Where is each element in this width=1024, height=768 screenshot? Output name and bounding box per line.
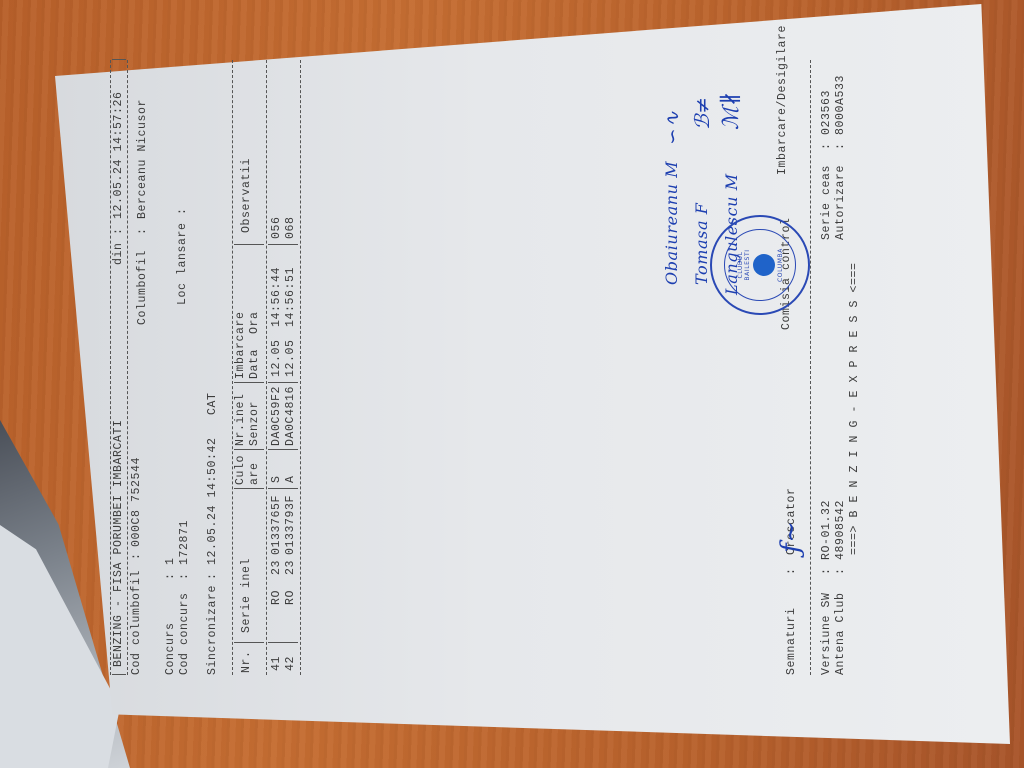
header-bottom-border <box>127 60 128 675</box>
sincronizare-label: Sincronizare <box>206 585 220 675</box>
stamp-text: CLUBUL <box>737 251 744 278</box>
col-divider <box>268 382 298 383</box>
crescator-signature: ƒ~ <box>778 520 804 553</box>
imbarcare-desigilare-label: Imbarcare/Desigilare <box>776 25 790 175</box>
col-divider <box>234 642 264 643</box>
row-serie: 0133793F <box>284 495 298 555</box>
din-value: 12.05.24 14:57:26 <box>112 91 126 219</box>
stamp-text: COLUMBA <box>777 248 784 282</box>
row-culoare: A <box>284 475 298 483</box>
header-right-border <box>112 59 126 60</box>
sincronizare-suffix: CAT <box>206 392 220 415</box>
col-divider <box>268 488 298 489</box>
col-header-data-ora: Data Ora <box>248 311 262 379</box>
handwritten-name-2: Tomasa F <box>695 202 709 285</box>
col-header-culoare-line2: are <box>248 462 262 485</box>
row-observatii: 056 <box>270 216 284 239</box>
row-an: 23 <box>270 560 284 575</box>
versiune-sw-label: Versiune SW <box>820 592 834 675</box>
row-tara: RO <box>270 590 284 605</box>
signature-3: ℳ∦ <box>725 91 739 130</box>
pigeon-logo-icon <box>753 254 775 276</box>
stamp-inner: CLUBUL BAILESTI COLUMBA <box>724 229 796 301</box>
autorizare-label: Autorizare <box>834 165 848 240</box>
loc-lansare-label: Loc lansare <box>176 222 190 305</box>
col-divider <box>268 642 298 643</box>
benzing-express-banner: ===> B E N Z I N G - E X P R E S S <=== <box>848 262 862 555</box>
col-divider <box>234 244 264 245</box>
serie-ceas-label: Serie ceas <box>820 165 834 240</box>
row-nr: 41 <box>270 656 284 671</box>
semnaturi-label: Semnaturi <box>785 607 799 675</box>
handwritten-name-1: Obaiureanu M <box>665 161 679 285</box>
autorizare-value: 8000A533 <box>834 75 848 135</box>
row-senzor: DA0C59F2 <box>270 386 284 446</box>
col-divider <box>268 244 298 245</box>
row-ora: 14:56:51 <box>284 267 298 327</box>
columbofil-label: Columbofil <box>136 250 150 325</box>
antena-club-value: 48908542 <box>834 500 848 560</box>
columbofil-value: Berceanu Nicusor <box>136 99 150 219</box>
header-left-border <box>112 674 126 675</box>
row-serie: 0133765F <box>270 495 284 555</box>
row-senzor: DA0C4816 <box>284 386 298 446</box>
col-header-culoare: Culo <box>234 455 248 485</box>
stamp-text: BAILESTI <box>744 249 751 280</box>
row-ora: 14:56:44 <box>270 267 284 327</box>
serie-ceas-value: 023563 <box>820 90 834 135</box>
header-top-border <box>110 60 111 675</box>
col-header-nr-inel: Nr.inel <box>234 393 248 446</box>
signature-2: ℬ≠ <box>695 96 709 130</box>
table-header-border <box>266 60 267 675</box>
row-tara: RO <box>284 590 298 605</box>
row-data: 12.05 <box>270 339 284 377</box>
footer-border <box>810 60 811 675</box>
document-title: BENZING - FISA PORUMBEI IMBARCATI <box>112 419 126 667</box>
table-top-border <box>232 60 233 675</box>
concurs-value: 1 <box>164 557 178 565</box>
col-header-nr: Nr. <box>240 650 254 673</box>
printed-document: BENZING - FISA PORUMBEI IMBARCATI din : … <box>90 65 910 705</box>
col-divider <box>234 382 264 383</box>
cod-columbofil-label: Cod columbofil <box>130 570 144 675</box>
antena-club-label: Antena Club <box>834 592 848 675</box>
col-header-observatii: Observatii <box>240 158 254 233</box>
cod-columbofil-value: 000C8 752544 <box>130 457 144 547</box>
table-bottom-border <box>300 60 301 675</box>
row-data: 12.05 <box>284 339 298 377</box>
col-header-serie-inel: Serie inel <box>240 558 254 633</box>
sincronizare-value: 12.05.24 14:50:42 <box>206 437 220 565</box>
din-label: din <box>112 242 126 265</box>
col-divider <box>268 449 298 450</box>
versiune-sw-value: RO-01.32 <box>820 500 834 560</box>
row-an: 23 <box>284 560 298 575</box>
row-culoare: S <box>270 475 284 483</box>
concurs-label: Concurs <box>164 622 178 675</box>
cod-concurs-label: Cod concurs <box>178 592 192 675</box>
col-divider <box>234 449 264 450</box>
col-header-senzor: Senzor <box>248 401 262 446</box>
col-header-imbarcare: Imbarcare <box>234 311 248 379</box>
col-divider <box>234 488 264 489</box>
cod-concurs-value: 172871 <box>178 520 192 565</box>
signature-1: ∽∿ <box>665 110 679 145</box>
row-observatii: 068 <box>284 216 298 239</box>
row-nr: 42 <box>284 656 298 671</box>
club-stamp: CLUBUL BAILESTI COLUMBA <box>710 215 810 315</box>
